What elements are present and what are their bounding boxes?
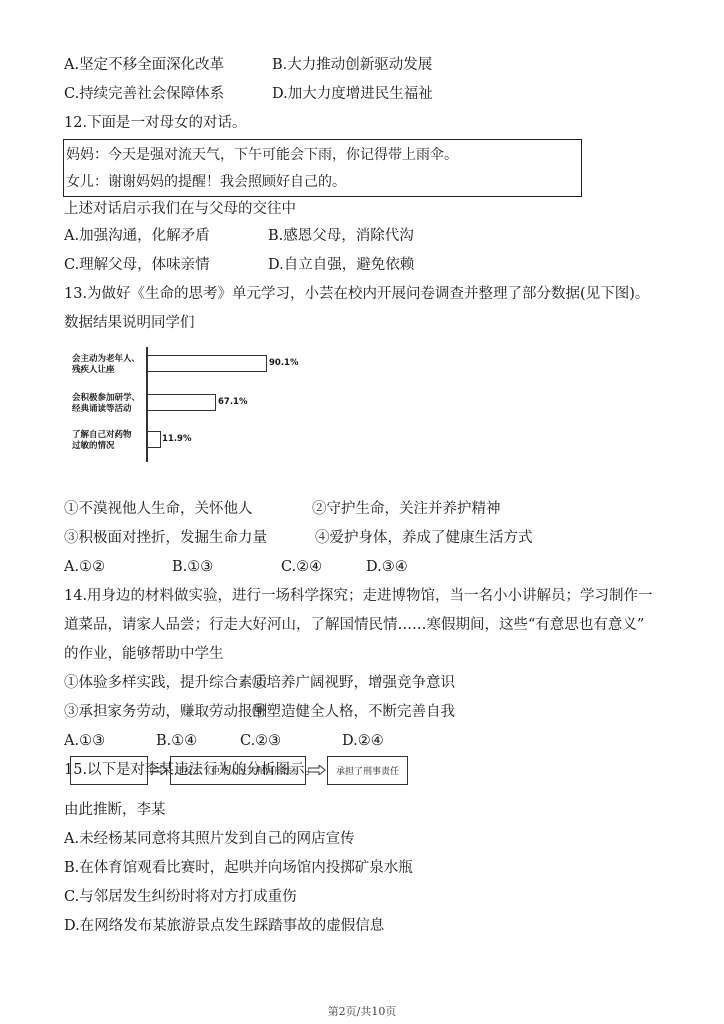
chart-bar-3 — [147, 431, 161, 448]
chart-value-3: 11.9% — [162, 434, 192, 444]
q14-option-b: B.①④ — [156, 731, 197, 751]
q13-option-a: A.①② — [64, 557, 105, 577]
chart-bar-2 — [147, 394, 216, 411]
q12-option-c: C.理解父母，体味亲情 — [64, 255, 210, 275]
q12-stem: 12.下面是一对母女的对话。 — [64, 113, 247, 133]
q15-option-a: A.未经杨某同意将其照片发到自己的网店宣传 — [64, 829, 355, 849]
chart-value-2: 67.1% — [218, 397, 248, 407]
q12-option-d: D.自立自强，避免依赖 — [268, 255, 414, 275]
q14-statement-2: ②培养广阔视野，增强竞争意识 — [252, 673, 455, 693]
q12-option-a: A.加强沟通，化解矛盾 — [64, 226, 210, 246]
q14-stem-line-2: 道菜品，请家人品尝；行走大好河山，了解国情民情……寒假期间，这些“有意思也有意义… — [64, 615, 644, 635]
q14-option-a: A.①③ — [64, 731, 105, 751]
q15-prompt: 由此推断，李某 — [64, 800, 166, 820]
q13-prompt: 数据结果说明同学们 — [64, 313, 195, 333]
q14-statement-3: ③承担家务劳动，赚取劳动报酬 — [64, 702, 267, 722]
q13-statement-4: ④爱护身体，养成了健康生活方式 — [315, 528, 533, 548]
q12-option-b: B.感恩父母，消除代沟 — [268, 226, 414, 246]
chart-category-2: 会积极参加研学、 经典诵读等活动 — [72, 393, 140, 415]
flow-arrow-1-icon — [150, 765, 168, 775]
q13-option-d: D.③④ — [366, 557, 408, 577]
flow-arrow-2-icon — [308, 765, 326, 775]
chart-category-3: 了解自己对药物 过敏的情况 — [72, 430, 132, 452]
q14-stem-line-3: 的作业，能够帮助中学生 — [64, 644, 224, 664]
q14-stem-line-1: 14.用身边的材料做实验，进行一场科学探究；走进博物馆，当一名小小讲解员；学习制… — [64, 586, 653, 606]
q11-option-b: B.大力推动创新驱动发展 — [272, 55, 432, 75]
survey-bar-chart: 会主动为老年人、 残疾人让座 90.1% 会积极参加研学、 经典诵读等活动 67… — [64, 342, 324, 472]
q13-statement-2: ②守护生命，关注并养护精神 — [312, 499, 501, 519]
q14-statement-4: ④塑造健全人格，不断完善自我 — [252, 702, 455, 722]
page-number: 第2页/共10页 — [0, 1003, 724, 1019]
q15-option-b: B.在体育馆观看比赛时，起哄并向场馆内投掷矿泉水瓶 — [64, 858, 413, 878]
q14-option-c: C.②③ — [240, 731, 281, 751]
flow-box-blank — [70, 756, 148, 785]
q11-option-d: D.加大力度增进民生福祉 — [272, 84, 433, 104]
q13-statement-3: ③积极面对挫折，发掘生命力量 — [64, 528, 267, 548]
chart-bar-1 — [147, 355, 267, 372]
q13-option-b: B.①③ — [172, 557, 213, 577]
chart-value-1: 90.1% — [269, 358, 299, 368]
dialog-line-daughter: 女儿：谢谢妈妈的提醒！我会照顾好自己的。 — [66, 172, 346, 192]
q11-option-a: A.坚定不移全面深化改革 — [64, 55, 224, 75]
q12-prompt: 上述对话启示我们在与父母的交往中 — [64, 199, 296, 219]
q14-statement-1: ①体验多样实践，提升综合素质 — [64, 673, 267, 693]
flow-box-violation: 违反了《中华人民共和国刑法》 — [170, 756, 306, 785]
q13-option-c: C.②④ — [281, 557, 322, 577]
q13-stem: 13.为做好《生命的思考》单元学习，小芸在校内开展问卷调查并整理了部分数据(见下… — [64, 284, 649, 304]
chart-category-1: 会主动为老年人、 残疾人让座 — [72, 354, 140, 376]
q12-dialog-box: 妈妈：今天是强对流天气，下午可能会下雨，你记得带上雨伞。 女儿：谢谢妈妈的提醒！… — [63, 139, 582, 197]
q13-statement-1: ①不漠视他人生命，关怀他人 — [64, 499, 253, 519]
q11-option-c: C.持续完善社会保障体系 — [64, 84, 224, 104]
dialog-line-mother: 妈妈：今天是强对流天气，下午可能会下雨，你记得带上雨伞。 — [66, 145, 458, 165]
q15-option-d: D.在网络发布某旅游景点发生踩踏事故的虚假信息 — [64, 916, 384, 936]
q14-option-d: D.②④ — [342, 731, 384, 751]
q15-option-c: C.与邻居发生纠纷时将对方打成重伤 — [64, 887, 297, 907]
flow-box-liability: 承担了刑事责任 — [327, 756, 408, 785]
